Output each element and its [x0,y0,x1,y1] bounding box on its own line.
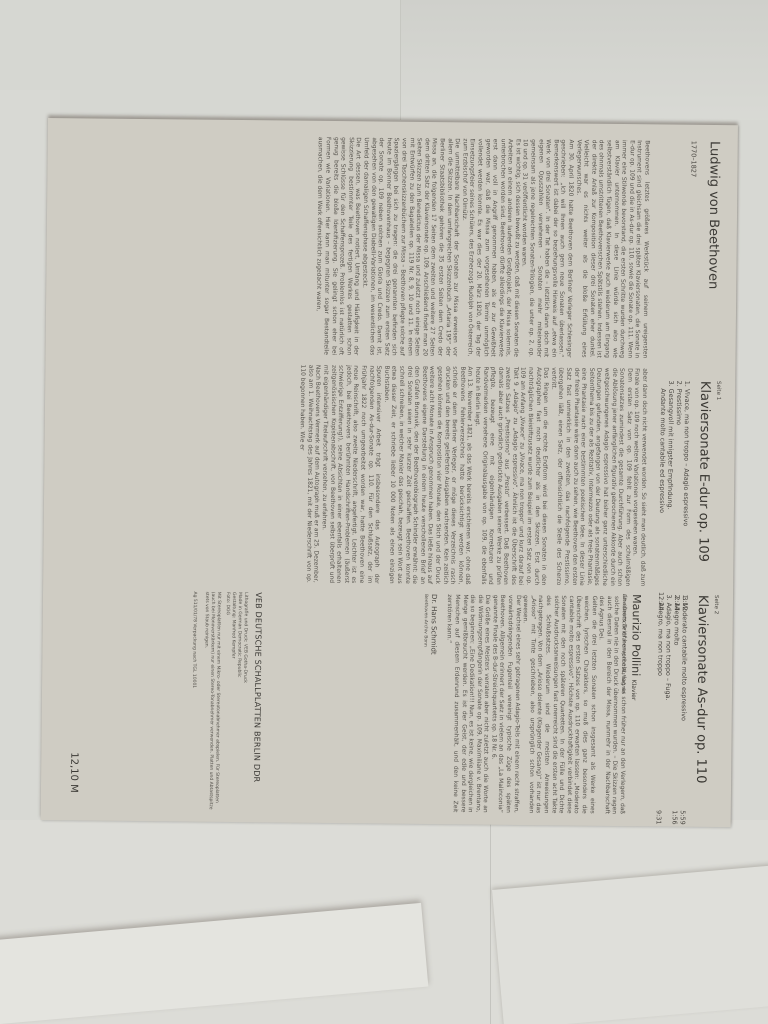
paragraph: aber dann doch nicht verwendet worden. S… [630,368,647,586]
paragraph: in einem Brief hervorhebt, lag es schon … [594,596,627,814]
sonata-title: Klaviersonate E-dur op. 109 [695,381,712,611]
background-paper-right [740,120,768,840]
paragraph: Am 13. November 1821, als das Werk berei… [379,366,472,585]
paragraph: Dem ersten Satz von op. 109 fehlt zur Fo… [546,367,632,586]
paragraph: Die unmittelbare Nachbarschaft der Sonat… [359,137,460,356]
paragraph: Beethovens letztes größeres Werkstück au… [572,140,650,359]
liner-notes-column-3: in einem Brief hervorhebt, lag es schon … [419,594,627,814]
side-label: Seite 2 [711,595,719,825]
price: 12,10 M [68,752,79,793]
background-sheet [492,865,768,1024]
side-label: Seite 1 [713,381,721,611]
side-1-block: Seite 1 Klaviersonate E-dur op. 109 1. V… [657,380,721,611]
catalog-number: Ag 511/01/78 Verpackung nach TGL 10001 [190,592,197,810]
paragraph: Die Art dessen, was Beethoven notiert, U… [313,137,361,355]
tracklist: 1. Moderato cantabile molto espressivo5:… [655,594,689,824]
composer-years: 1770–1827 [689,141,697,177]
sonata-title: Klaviersonate As-dur op. 110 [693,595,710,825]
credits: Lithografie und Druck: VEB Gotha-Druck M… [201,592,248,810]
paragraph: Die Größe eines Meisters verraten aber n… [443,594,491,812]
performer-name: Maurizio Pollini [629,594,643,676]
paragraph: Gelten die drei letzten Sonaten schon in… [518,595,596,814]
sleeve-content: Ludwig von Beethoven 1770–1827 Seite 1 K… [41,118,738,827]
playback-note: Mit Stereoplatten nur mit einem Mikro- o… [201,592,221,810]
tracklist: 1. Vivace, ma non troppo – Adagio espres… [657,380,691,610]
performer-instrument: Klavier [630,680,637,701]
performer: Maurizio Pollini Klavier [628,594,643,824]
record-sleeve-back: Ludwig von Beethoven 1770–1827 Seite 1 K… [41,118,738,827]
publisher-block: VEB DEUTSCHE SCHALLPLATTEN BERLIN DDR Li… [190,592,263,811]
liner-notes-column-2: aber dann doch nicht verwendet worden. S… [296,365,648,587]
paragraph: Am 30. April 1820 hatte Beethoven dem Be… [518,139,573,358]
publisher-name: VEB DEUTSCHE SCHALLPLATTEN BERLIN DDR [252,592,263,810]
paragraph: Spuren intensiver Arbeit trägt insbesond… [319,365,382,584]
paragraph: Das Ringen um die rechte Endform wird be… [470,366,548,585]
liner-notes-column-1: Beethovens letztes größeres Werkstück au… [313,137,649,358]
composer-name: Ludwig von Beethoven [705,141,722,289]
paragraph: Der Wechsel eines sehr getragenen Adagio… [488,595,521,813]
paragraph: Es ist wichtig, sich dessen bewußt zu we… [458,138,521,357]
paragraph: Nach Beethovens Vermerk auf dem Autograp… [296,365,321,583]
side-2-block: Seite 2 Klaviersonate As-dur op. 110 1. … [619,594,719,825]
paper-fold-line [490,820,491,1024]
background-sheet [0,0,401,120]
